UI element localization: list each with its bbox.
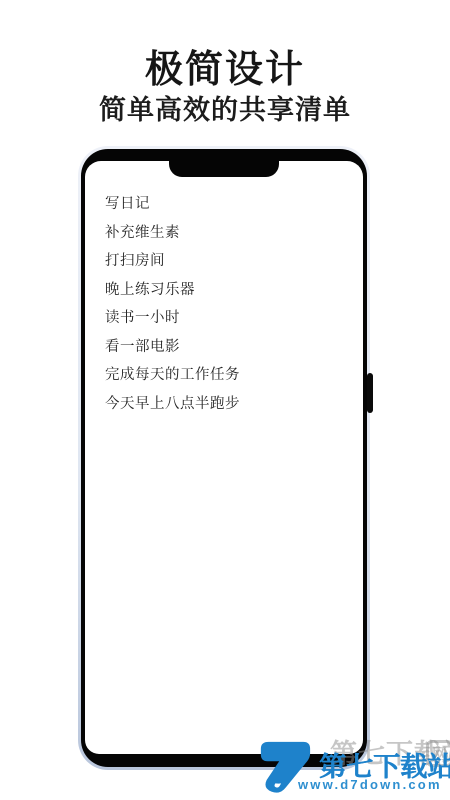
todo-list-item[interactable]: 打扫房间 bbox=[105, 247, 353, 276]
page-subtitle: 简单高效的共享清单 bbox=[0, 88, 450, 127]
phone-frame: 写日记补充维生素打扫房间晚上练习乐器读书一小时看一部电影完成每天的工作任务今天早… bbox=[81, 149, 367, 767]
phone-screen: 写日记补充维生素打扫房间晚上练习乐器读书一小时看一部电影完成每天的工作任务今天早… bbox=[85, 161, 363, 754]
todo-list-item[interactable]: 补充维生素 bbox=[105, 219, 353, 248]
page-title: 极简设计 bbox=[0, 38, 450, 93]
phone-notch bbox=[169, 161, 279, 177]
phone-mockup: 写日记补充维生素打扫房间晚上练习乐器读书一小时看一部电影完成每天的工作任务今天早… bbox=[78, 146, 370, 770]
todo-list-item[interactable]: 完成每天的工作任务 bbox=[105, 361, 353, 390]
todo-list-item[interactable]: 读书一小时 bbox=[105, 304, 353, 333]
watermark-url: www.d7down.com bbox=[298, 777, 442, 792]
todo-list: 写日记补充维生素打扫房间晚上练习乐器读书一小时看一部电影完成每天的工作任务今天早… bbox=[105, 190, 353, 418]
site-watermark: 第七下载站 网 第七下载站 www.d7down.com bbox=[254, 736, 450, 798]
power-button bbox=[367, 373, 373, 413]
todo-list-item[interactable]: 晚上练习乐器 bbox=[105, 276, 353, 305]
todo-list-item[interactable]: 看一部电影 bbox=[105, 333, 353, 362]
promo-screenshot: { "header": { "title": "极简设计", "subtitle… bbox=[0, 0, 450, 800]
todo-list-item[interactable]: 写日记 bbox=[105, 190, 353, 219]
todo-list-item[interactable]: 今天早上八点半跑步 bbox=[105, 390, 353, 419]
